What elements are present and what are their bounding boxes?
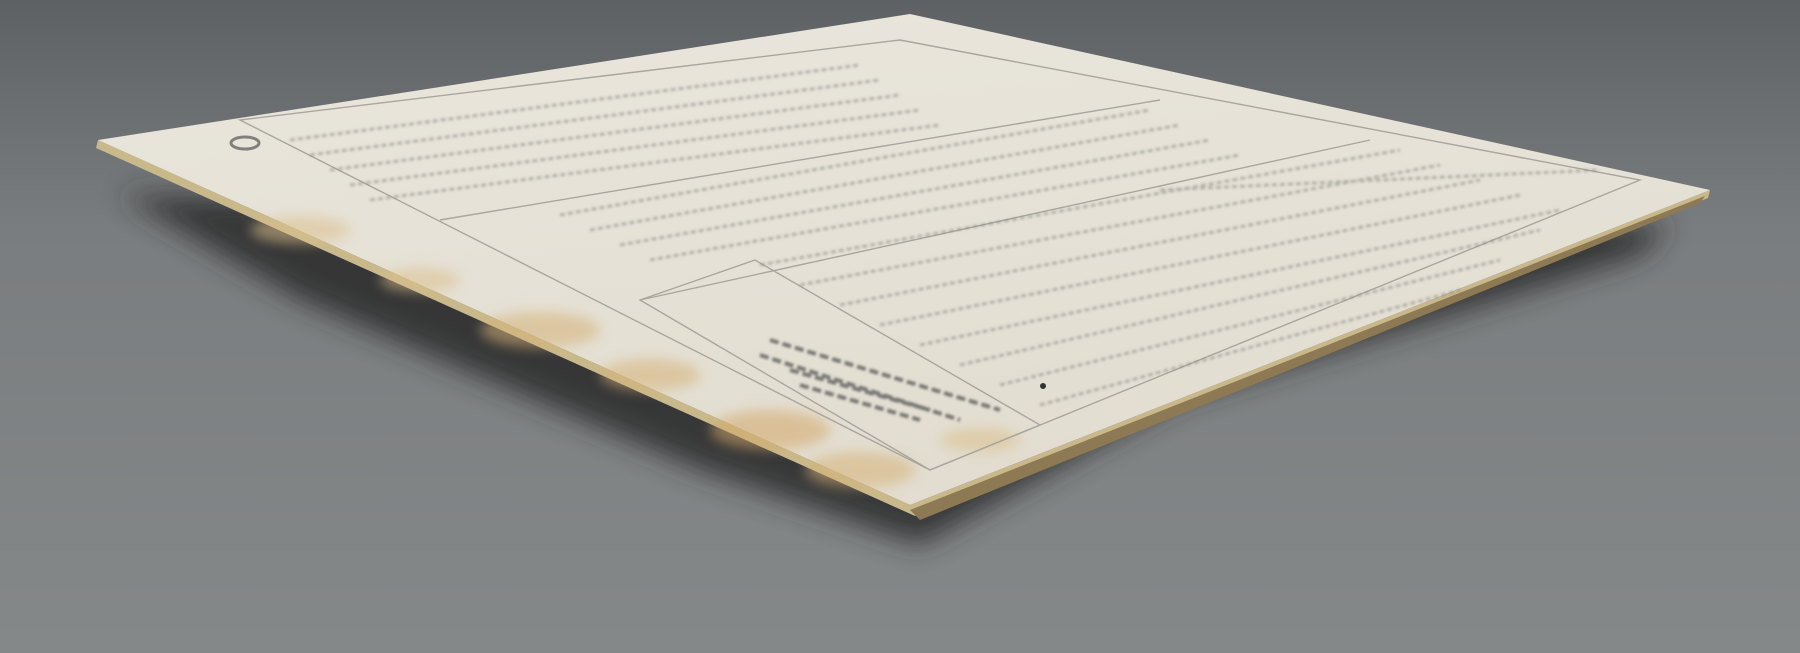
bullet-dot [1040,383,1046,389]
scene-svg [0,0,1800,653]
photo-scene: Back side of a vintage record album jack… [0,0,1800,653]
